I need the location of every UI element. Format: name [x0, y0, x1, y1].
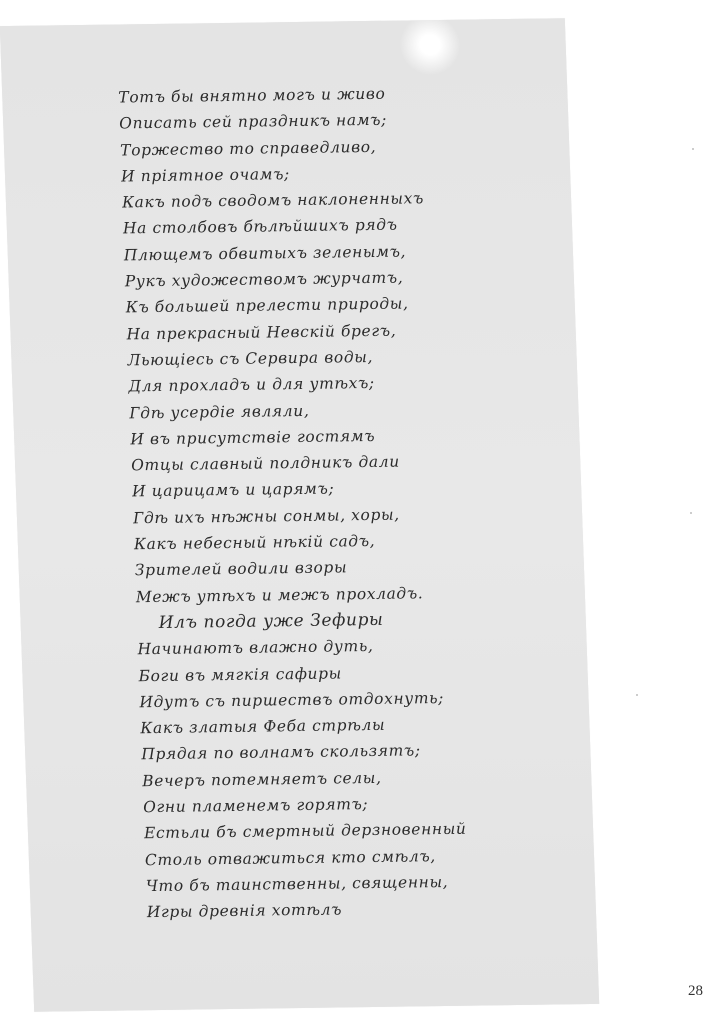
poem-line: Къ большей прелести природы, [125, 290, 448, 321]
manuscript-sheet: Тотъ бы внятно могъ и живо Описать сей п… [0, 18, 599, 1012]
page-number: 28 [688, 983, 703, 1000]
poem-line: Что бъ таинственны, священны, [145, 869, 468, 900]
scan-speck [636, 694, 638, 696]
scan-speck [692, 148, 694, 150]
poem-line: Игры древнія хотѣлъ [146, 895, 469, 926]
page: Тотъ бы внятно могъ и живо Описать сей п… [0, 0, 716, 1026]
scan-speck [690, 512, 692, 514]
poem-line: Межъ утѣхъ и межъ прохладъ. [135, 579, 458, 610]
poem-line: Идутъ съ пиршествъ отдохнуть; [139, 685, 462, 716]
poem-line: Естьли бъ смертный дерзновенный [144, 816, 467, 847]
poem-text: Тотъ бы внятно могъ и живо Описать сей п… [118, 80, 470, 926]
poem-line: Прядая по волнамъ скользятъ; [141, 737, 464, 768]
